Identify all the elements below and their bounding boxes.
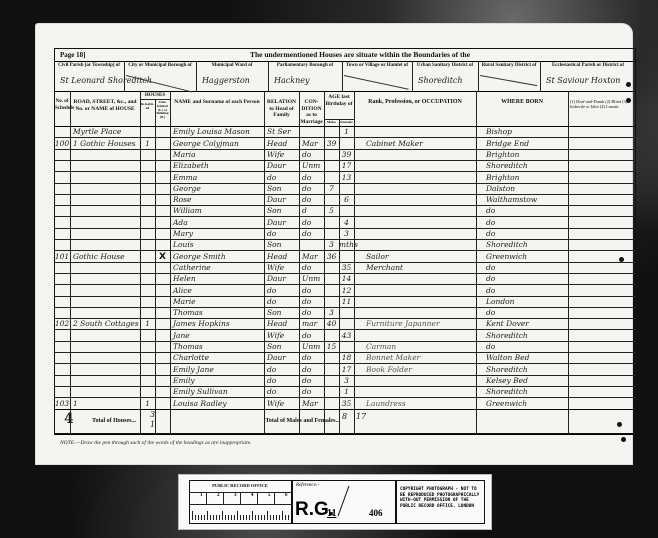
marital-condition: Mar — [302, 399, 318, 409]
admin-header-label: City or Municipal Borough of — [125, 63, 195, 69]
person-name: Alice — [173, 286, 192, 296]
col-header-infirmity: (1) Deaf-and-Dumb (2) Blind (3) Imbecile… — [570, 99, 632, 109]
schedule-number: 100 — [54, 139, 70, 149]
male-age: 15 — [324, 342, 339, 352]
male-age: 40 — [324, 319, 339, 329]
admin-header-label: Municipal Ward of — [197, 63, 267, 69]
column-divider — [249, 515, 250, 520]
person-name: Thomas — [173, 342, 203, 352]
birthplace: do — [486, 206, 495, 216]
person-name: Charlotte — [173, 353, 209, 363]
female-age: 39 — [339, 150, 354, 160]
marital-condition: do — [302, 263, 311, 273]
birthplace: Shoreditch — [486, 161, 528, 171]
admin-header-value: Hackney — [274, 76, 309, 86]
birthplace: Shoreditch — [486, 331, 528, 341]
person-name: Emily Sullivan — [173, 387, 228, 397]
person-name: William — [173, 206, 202, 216]
rule-line — [54, 307, 636, 308]
column-divider — [201, 515, 202, 520]
total-persons-label: Total of Males and Females... — [240, 418, 340, 425]
column-divider — [195, 515, 196, 520]
column-divider — [192, 511, 193, 520]
birthplace: do — [486, 286, 495, 296]
column-divider — [240, 515, 241, 520]
relation-to-head: Son — [267, 184, 281, 194]
marital-condition: mar — [302, 319, 317, 329]
column-divider — [267, 511, 268, 520]
admin-header-label: Parliamentary Borough of — [269, 63, 341, 69]
column-divider — [270, 515, 271, 520]
road-address: 1 — [73, 399, 78, 409]
column-divider — [225, 515, 226, 520]
rule-line — [54, 91, 636, 92]
copyright-text: COPYRIGHT PHOTOGRAPH - NOT TO BE REPRODU… — [400, 487, 482, 509]
marital-condition: do — [302, 365, 311, 375]
female-age: mths — [339, 240, 354, 250]
ruler-scale: 123456 — [189, 492, 291, 522]
col-header-occupation: Rank, Profession, or OCCUPATION — [355, 99, 475, 106]
birthplace: do — [486, 229, 495, 239]
column-divider — [261, 515, 262, 520]
female-age: 35 — [339, 263, 354, 273]
col-header-where-born: WHERE BORN — [477, 99, 567, 106]
road-address: Myrtle Place — [73, 127, 121, 137]
total-houses-inhabited: 3 — [150, 410, 155, 420]
birthplace: do — [486, 342, 495, 352]
birthplace: do — [486, 263, 495, 273]
total-females: 17 — [356, 412, 366, 422]
column-divider — [252, 511, 253, 520]
house-inhabited: 1 — [140, 399, 155, 409]
person-name: Ada — [173, 218, 188, 228]
column-divider — [274, 492, 275, 504]
birthplace: Dalston — [486, 184, 515, 194]
birthplace: Brighton — [486, 150, 520, 160]
column-divider — [219, 515, 220, 520]
occupation: Cabinet Maker — [366, 139, 423, 149]
ruler-number: 6 — [285, 493, 288, 498]
road-address: Gothic House — [73, 252, 125, 262]
column-divider — [285, 515, 286, 520]
person-name: Maria — [173, 150, 196, 160]
female-age: 1 — [339, 127, 354, 137]
occupation: Sailor — [366, 252, 389, 262]
marital-condition: do — [302, 286, 311, 296]
ruler-number: 5 — [268, 493, 271, 498]
reference-piece: 11 — [327, 508, 336, 519]
female-age: 18 — [339, 353, 354, 363]
binding-hole — [626, 98, 631, 103]
relation-to-head: do — [267, 173, 276, 183]
column-divider — [264, 515, 265, 520]
relation-to-head: do — [267, 297, 276, 307]
rule-line — [54, 341, 636, 342]
birthplace: Bishop — [486, 127, 512, 137]
admin-header-label: Urban Sanitary District of — [413, 63, 477, 69]
female-age: 12 — [339, 286, 354, 296]
marital-condition: d — [302, 206, 307, 216]
birthplace: do — [486, 274, 495, 284]
schedule-number: 102 — [54, 319, 70, 329]
ruler-number: 2 — [217, 493, 220, 498]
column-divider — [210, 515, 211, 520]
relation-to-head: Daur — [267, 161, 286, 171]
relation-to-head: Son — [267, 308, 281, 318]
relation-to-head: do — [267, 376, 276, 386]
female-age: 17 — [339, 365, 354, 375]
birthplace: Bridge End — [486, 139, 529, 149]
column-divider — [276, 515, 277, 520]
relation-to-head: Daur — [267, 218, 286, 228]
marital-condition: do — [302, 184, 311, 194]
total-houses-label: Total of Houses... — [92, 418, 136, 425]
female-age: 14 — [339, 274, 354, 284]
col-header-males: Males — [324, 120, 339, 125]
marital-condition: do — [302, 173, 311, 183]
admin-header-label: Civil Parish [or Township] of — [55, 63, 123, 69]
column-divider — [246, 515, 247, 520]
person-name: Louisa Radley — [173, 399, 227, 409]
stamp-office: PUBLIC RECORD OFFICE — [189, 483, 291, 488]
relation-to-head: do — [267, 365, 276, 375]
relation-to-head: Head — [267, 252, 287, 262]
col-header-condition: CON-DITION as to Marriage — [300, 99, 323, 125]
relation-to-head: Wife — [267, 331, 284, 341]
column-divider — [237, 511, 238, 520]
relation-to-head: Son — [267, 342, 281, 352]
occupation: Merchant — [366, 263, 403, 273]
schedule-number: 101 — [54, 252, 70, 262]
birthplace: Greenwich — [486, 399, 527, 409]
female-age: 1 — [339, 387, 354, 397]
col-header-road: ROAD, STREET, &c., and No. or NAME of HO… — [71, 99, 139, 112]
relation-to-head: St Ser — [267, 127, 291, 137]
col-header-relation: RELATION to Head of Family — [265, 99, 298, 119]
column-divider — [198, 515, 199, 520]
male-age: 3 — [324, 240, 339, 250]
marital-condition: do — [302, 297, 311, 307]
column-divider — [216, 515, 217, 520]
column-divider — [213, 515, 214, 520]
column-divider — [240, 492, 241, 504]
marital-condition: do — [302, 218, 311, 228]
col-header-age: AGE last Birthday of — [324, 94, 354, 107]
person-name: James Hopkins — [173, 319, 230, 329]
column-divider — [255, 515, 256, 520]
birthplace: do — [486, 308, 495, 318]
relation-to-head: Daur — [267, 353, 286, 363]
column-divider — [234, 515, 235, 520]
female-age: 3 — [339, 376, 354, 386]
male-age: 39 — [324, 139, 339, 149]
road-address: 1 Gothic Houses — [73, 139, 136, 149]
marital-condition: do — [302, 331, 311, 341]
column-divider — [206, 492, 207, 504]
birthplace: do — [486, 218, 495, 228]
female-age: 43 — [339, 331, 354, 341]
admin-header-label: Town or Village or Hamlet of — [343, 63, 411, 69]
relation-to-head: Daur — [267, 195, 286, 205]
marital-condition: do — [302, 387, 311, 397]
col-header-schedule: No. of Schedule — [55, 99, 69, 112]
column-divider — [288, 515, 289, 520]
ruler-number: 1 — [200, 493, 203, 498]
birthplace: Walthamstow — [486, 195, 537, 205]
rule-line — [54, 205, 636, 206]
rule-line — [189, 504, 291, 505]
reference-folio: 406 — [369, 508, 383, 518]
marital-condition: do — [302, 376, 311, 386]
relation-to-head: do — [267, 387, 276, 397]
col-header-females: Females — [339, 120, 354, 125]
marital-condition: Mar — [302, 139, 318, 149]
birthplace: Kent Dover — [486, 319, 529, 329]
relation-to-head: Son — [267, 240, 281, 250]
person-name: Marie — [173, 297, 196, 307]
admin-header-value: St Saviour Hoxton — [546, 76, 620, 86]
total-houses-count: 4 — [64, 414, 74, 424]
birthplace: Kelsey Bed — [486, 376, 528, 386]
schedule-number: 103 — [54, 399, 70, 409]
person-name: Louis — [173, 240, 194, 250]
road-address: 2 South Cottages — [73, 319, 139, 329]
birthplace: Walton Bed — [486, 353, 529, 363]
binding-hole — [621, 437, 626, 442]
column-divider — [258, 515, 259, 520]
col-header-uninhabited: Unin-habited (U.) or Building (B.) — [155, 101, 170, 120]
admin-header-label: Rural Sanitary District of — [479, 63, 539, 69]
rule-line — [54, 250, 636, 251]
relation-to-head: Wife — [267, 263, 284, 273]
rule-line — [54, 434, 636, 435]
admin-header-value: Haggerston — [202, 76, 250, 86]
relation-to-head: Wife — [267, 150, 284, 160]
col-header-inhabited: In-habit-ed — [140, 102, 155, 110]
ruler-number: 4 — [251, 493, 254, 498]
birthplace: Shoreditch — [486, 365, 528, 375]
col-header-name: NAME and Surname of each Person — [171, 99, 263, 106]
male-age: 5 — [324, 206, 339, 216]
record-office-stamp: PUBLIC RECORD OFFICE 123456 Reference:- … — [178, 474, 492, 530]
marital-condition: Mar — [302, 252, 318, 262]
marital-condition: do — [302, 150, 311, 160]
occupation: Book Folder — [366, 365, 412, 375]
relation-to-head: Daur — [267, 274, 286, 284]
female-age: 17 — [339, 161, 354, 171]
female-age: 3 — [339, 229, 354, 239]
binding-hole — [617, 422, 622, 427]
person-name: Jane — [173, 331, 190, 341]
male-age: 36 — [324, 252, 339, 262]
person-name: Mary — [173, 229, 193, 239]
occupation: Bonnet Maker — [366, 353, 420, 363]
relation-to-head: Head — [267, 319, 287, 329]
female-age: 11 — [339, 297, 354, 307]
person-name: Emily Louisa Mason — [173, 127, 250, 137]
marital-condition: do — [302, 308, 311, 318]
reference-label: Reference:- — [296, 483, 319, 488]
total-males: 8 — [342, 412, 347, 422]
column-divider — [223, 492, 224, 504]
male-age: 3 — [324, 308, 339, 318]
footnote: NOTE.—Draw the pen through such of the w… — [60, 440, 252, 446]
occupation: Furniture Japanner — [366, 319, 440, 329]
column-divider — [231, 515, 232, 520]
column-divider — [282, 511, 283, 520]
person-name: Emily — [173, 376, 195, 386]
admin-header-label: Ecclesiastical Parish or District of — [541, 63, 635, 69]
person-name: George Colyjman — [173, 139, 239, 149]
birthplace: Shoreditch — [486, 387, 528, 397]
marital-condition: do — [302, 195, 311, 205]
marital-condition: Unm — [302, 342, 320, 352]
column-divider — [204, 515, 205, 520]
rule-line — [54, 183, 636, 184]
column-divider — [257, 492, 258, 504]
house-inhabited: 1 — [140, 139, 155, 149]
house-uninhabited: X — [155, 252, 170, 262]
column-divider — [228, 515, 229, 520]
column-divider — [273, 515, 274, 520]
female-age: 13 — [339, 173, 354, 183]
relation-to-head: do — [267, 286, 276, 296]
column-divider — [207, 511, 208, 520]
male-age: 7 — [324, 184, 339, 194]
column-divider — [279, 515, 280, 520]
marital-condition: Unm — [302, 161, 320, 171]
relation-to-head: Wife — [267, 399, 284, 409]
house-inhabited: 1 — [140, 319, 155, 329]
marital-condition: do — [302, 229, 311, 239]
person-name: Catherine — [173, 263, 211, 273]
marital-condition: Unm — [302, 274, 320, 284]
relation-to-head: Son — [267, 206, 281, 216]
occupation: Carman — [366, 342, 396, 352]
birthplace: Shoreditch — [486, 240, 528, 250]
person-name: Elizabeth — [173, 161, 209, 171]
column-divider — [222, 511, 223, 520]
birthplace: Brighton — [486, 173, 520, 183]
admin-header-value: Shoreditch — [418, 76, 463, 86]
relation-to-head: Head — [267, 139, 287, 149]
occupation: Laundress — [366, 399, 406, 409]
person-name: Emily Jane — [173, 365, 214, 375]
person-name: Helen — [173, 274, 196, 284]
column-divider — [243, 515, 244, 520]
binding-hole — [619, 257, 624, 262]
person-name: Emma — [173, 173, 197, 183]
birthplace: London — [486, 297, 514, 307]
rule-line — [54, 409, 636, 410]
rule-line — [54, 61, 636, 62]
female-age: 6 — [339, 195, 354, 205]
total-houses-uninhabited: 1 — [150, 420, 155, 430]
person-name: Rose — [173, 195, 191, 205]
relation-to-head: do — [267, 229, 276, 239]
marital-condition: do — [302, 353, 311, 363]
ruler-number: 3 — [234, 493, 237, 498]
birthplace: Greenwich — [486, 252, 527, 262]
female-age: 4 — [339, 218, 354, 228]
binding-hole — [626, 82, 631, 87]
person-name: Thomas — [173, 308, 203, 318]
person-name: George Smith — [173, 252, 226, 262]
person-name: George — [173, 184, 201, 194]
female-age: 35 — [339, 399, 354, 409]
